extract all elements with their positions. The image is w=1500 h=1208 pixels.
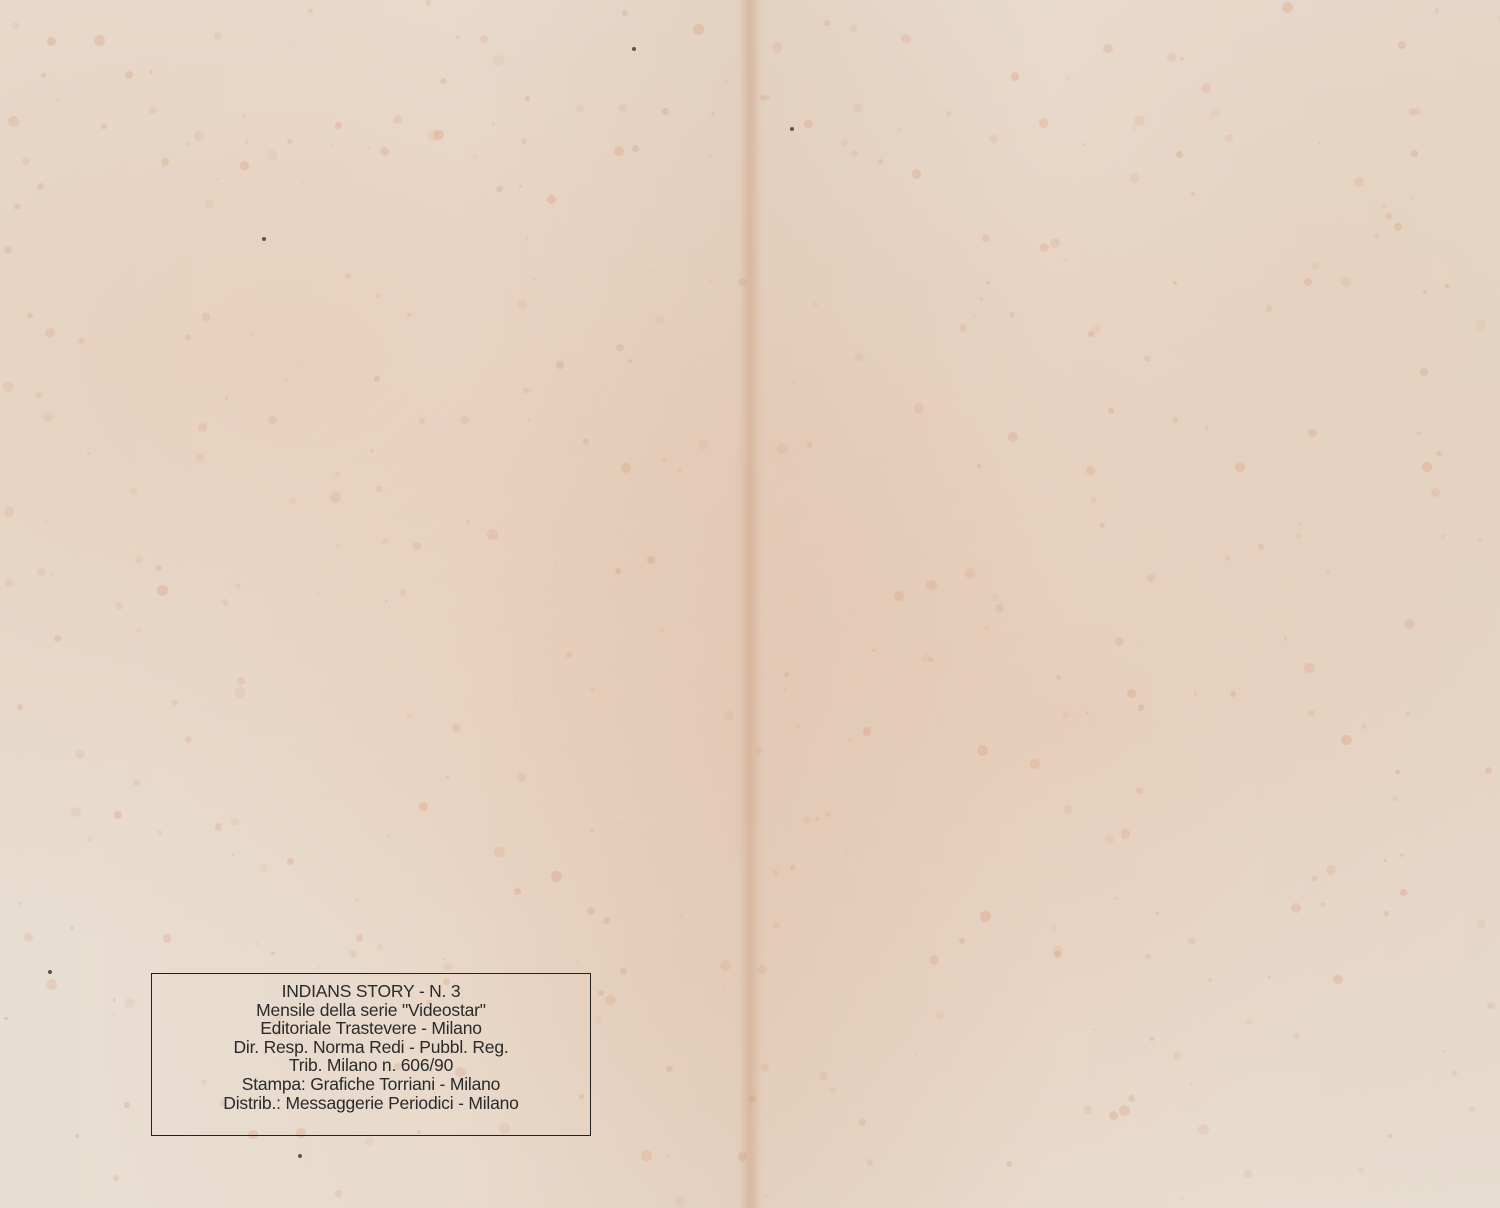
center-fold bbox=[740, 0, 760, 1208]
ink-speck bbox=[632, 47, 636, 51]
colophon-publisher: Editoriale Trastevere - Milano bbox=[152, 1019, 590, 1038]
colophon-registration: Trib. Milano n. 606/90 bbox=[152, 1056, 590, 1075]
colophon-printer: Stampa: Grafiche Torriani - Milano bbox=[152, 1075, 590, 1094]
ink-speck bbox=[790, 127, 794, 131]
ink-speck bbox=[262, 237, 266, 241]
colophon-series: Mensile della serie "Videostar" bbox=[152, 1001, 590, 1020]
paper-spread: INDIANS STORY - N. 3 Mensile della serie… bbox=[0, 0, 1500, 1208]
colophon-box: INDIANS STORY - N. 3 Mensile della serie… bbox=[151, 973, 591, 1136]
ink-speck bbox=[48, 970, 52, 974]
colophon-title: INDIANS STORY - N. 3 bbox=[152, 982, 590, 1001]
colophon-distributor: Distrib.: Messaggerie Periodici - Milano bbox=[152, 1094, 590, 1113]
ink-speck bbox=[298, 1154, 302, 1158]
right-page bbox=[750, 0, 1500, 1208]
colophon-director: Dir. Resp. Norma Redi - Pubbl. Reg. bbox=[152, 1038, 590, 1057]
